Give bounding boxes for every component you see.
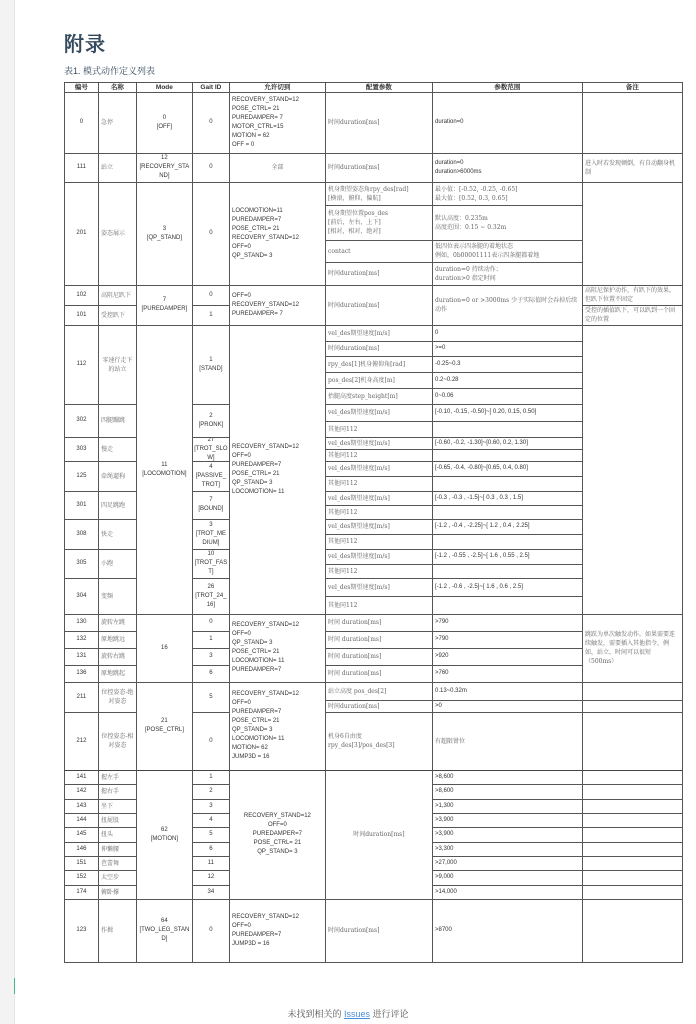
footer-text-after: 进行评论 — [370, 1009, 409, 1019]
row-name: 变频 — [98, 578, 137, 615]
cell-text: 其他同112 — [328, 508, 357, 517]
cell-text: 0.2~0.28 — [435, 376, 459, 385]
row-param: vel_des期望速度[m/s] — [325, 578, 433, 597]
row-range: >790 — [432, 614, 583, 632]
cell-text: 受控趴下 — [101, 311, 125, 320]
row-allowed-transitions: RECOVERY_STAND=12 OFF=0 PUREDAMPER=7 POS… — [229, 325, 326, 615]
row-allowed-transitions: 全部 — [229, 153, 326, 183]
cell-text: 默认高度：0.235m 高度范围：0.15 ~ 0.32m — [435, 214, 506, 232]
row-note — [582, 899, 683, 963]
cell-text: 125 — [76, 472, 86, 481]
row-range: [-0.10, -0.15, -0.50]~[ 0.20, 0.15, 0.50… — [432, 404, 583, 422]
cell-text: 配置参数 — [366, 83, 392, 92]
cell-text: 机身期望姿态角rpy_des[rad] [横滚，俯仰，偏航] — [328, 185, 409, 203]
cell-text: duration=0 持续动作； duration>0 指定时间 — [435, 265, 502, 283]
cell-text: 16 — [161, 644, 168, 653]
cell-text: >790 — [435, 618, 449, 627]
row-id: 304 — [64, 578, 99, 615]
row-gait-id: 26 [TROT_24_ 16] — [192, 578, 230, 615]
cell-text: 站立 — [101, 163, 113, 172]
cell-text: 时间duration[ms] — [328, 926, 379, 935]
row-name: 俯卧撑 — [98, 885, 137, 900]
cell-text: 3 [QP_STAND] — [147, 225, 182, 243]
cell-text: 姿态展示 — [101, 229, 125, 238]
row-name: 小跑 — [98, 549, 137, 579]
row-param: 站立高度 pos_des[2] — [325, 682, 433, 701]
row-range: 0~0.06 — [432, 388, 583, 405]
row-gait-id: 0 — [192, 712, 230, 771]
row-range — [432, 421, 583, 438]
cell-text: 1 — [209, 635, 212, 644]
row-range: >8,600 — [432, 784, 583, 800]
cell-text: 5 — [209, 693, 212, 702]
cell-text: 时间 duration[ms] — [328, 669, 381, 678]
row-range: 0 — [432, 325, 583, 342]
row-mode: 62 [MOTION] — [136, 770, 193, 900]
row-id: 146 — [64, 842, 99, 857]
issues-link[interactable]: Issues — [344, 1009, 370, 1019]
row-allowed-transitions: RECOVERY_STAND=12 OFF=0 PUREDAMPER=7 JUM… — [229, 899, 326, 963]
cell-text: 301 — [76, 501, 86, 510]
row-mode: 3 [QP_STAND] — [136, 182, 193, 286]
cell-text: 7 [BOUND] — [198, 496, 223, 514]
row-range: >8700 — [432, 899, 583, 963]
row-note — [582, 856, 683, 871]
cell-text: 34 — [208, 888, 215, 897]
page-title: 附录 — [64, 28, 106, 57]
cell-text: 21 [POSE_CTRL] — [145, 717, 184, 735]
cell-text: 作揖 — [101, 926, 113, 935]
cell-text: 高阻尼趴下 — [101, 291, 131, 300]
row-name: 扭屁股 — [98, 813, 137, 828]
cell-text: 小跑 — [101, 559, 113, 568]
cell-text: 27 [TROT_SLO W] — [194, 437, 227, 462]
cell-text: 0 — [209, 291, 212, 300]
row-range: duration=0 持续动作； duration>0 指定时间 — [432, 262, 583, 286]
row-param: 其他同112 — [325, 564, 433, 579]
cell-text: 302 — [76, 416, 86, 425]
row-mode: 0 [OFF] — [136, 92, 193, 154]
row-param: contact — [325, 240, 433, 263]
row-range: [-1.2 , -0.55 , -2.5]~[ 1.6 , 0.55 , 2.5… — [432, 549, 583, 565]
cell-text: 303 — [76, 445, 86, 454]
cell-text: 3 — [209, 652, 212, 661]
cell-text: 握右手 — [101, 787, 119, 796]
row-mode: 16 — [136, 614, 193, 683]
cell-text: >3,300 — [435, 845, 454, 854]
row-name: 握左手 — [98, 770, 137, 785]
row-param: 时间 duration[ms] — [325, 614, 433, 632]
row-name: 四腿蹦跳 — [98, 404, 137, 438]
row-mode: 21 [POSE_CTRL] — [136, 682, 193, 771]
cell-text: 全部 — [271, 163, 283, 172]
cell-text: pos_des[2]机身高度[m] — [328, 376, 395, 385]
row-id: 141 — [64, 770, 99, 785]
row-note — [582, 325, 683, 615]
cell-text: 零速行走下的站立 — [101, 356, 134, 374]
row-range: [-1.2 , -0.6 , -2.5]~[ 1.6 , 0.6 , 2.5] — [432, 578, 583, 597]
row-name: 伸懒腰 — [98, 842, 137, 857]
cell-text: contact — [328, 247, 351, 256]
cell-text: 6 — [209, 669, 212, 678]
row-range: duration=0 or >3000ms 少于实际值时会吞掉后续动作 — [432, 285, 583, 326]
row-param: 时间duration[ms] — [325, 770, 433, 900]
row-id: 303 — [64, 437, 99, 462]
row-id: 132 — [64, 631, 99, 649]
row-note: 高阻尼保护动作，有趴下的效果，但趴下位置不固定 — [582, 285, 683, 306]
cell-text: vel_des期望速度[m/s] — [328, 329, 390, 338]
cell-text: 305 — [76, 559, 86, 568]
cell-text: 131 — [76, 652, 86, 661]
row-range: >3,900 — [432, 813, 583, 828]
cell-text: 7 [PUREDAMPER] — [142, 296, 188, 314]
row-param: vel_des期望速度[m/s] — [325, 437, 433, 450]
row-gait-id: 12 — [192, 870, 230, 886]
cell-text: 变频 — [101, 592, 113, 601]
cell-text: 130 — [76, 618, 86, 627]
row-gait-id: 4 — [192, 813, 230, 828]
cell-text: 26 [TROT_24_ 16] — [195, 583, 226, 610]
cell-text: vel_des期望速度[m/s] — [328, 408, 390, 417]
cell-text: 受控的插值趴下，可以趴到一个固定的位置 — [585, 306, 680, 324]
cell-text: >27,000 — [435, 859, 457, 868]
cell-text: >3,900 — [435, 830, 454, 839]
row-range: >3,300 — [432, 842, 583, 857]
row-range: >920 — [432, 648, 583, 666]
row-gait-id: 11 — [192, 856, 230, 871]
row-param: 时间 duration[ms] — [325, 648, 433, 666]
row-gait-id: 3 — [192, 799, 230, 814]
cell-text: 俯卧撑 — [101, 888, 119, 897]
row-gait-id: 5 — [192, 827, 230, 843]
cell-text: 时间duration[ms] — [328, 301, 379, 310]
row-note — [582, 770, 683, 785]
row-note — [582, 784, 683, 800]
cell-text: [-0.10, -0.15, -0.50]~[ 0.20, 0.15, 0.50… — [435, 408, 536, 417]
cell-text: 123 — [76, 926, 86, 935]
row-gait-id: 4 [PASSIVE_ TROT] — [192, 461, 230, 492]
row-id: 111 — [64, 153, 99, 183]
cell-text: 0 [OFF] — [157, 114, 172, 132]
row-note — [582, 813, 683, 828]
row-allowed-transitions: RECOVERY_STAND=12 OFF=0 QP_STAND= 3 POSE… — [229, 614, 326, 683]
cell-text: rpy_des[1]机身俯仰角[rad] — [328, 360, 405, 369]
cell-text: 64 [TWO_LEG_STAN D] — [139, 917, 189, 944]
row-param: 时间duration[ms] — [325, 285, 433, 326]
cell-text: >920 — [435, 652, 449, 661]
row-param: 其他同112 — [325, 596, 433, 615]
cell-text: LOCOMOTION=11 PUREDAMPER=7 POSE_CTRL= 21… — [232, 207, 299, 261]
row-name: 旋转左跳 — [98, 614, 137, 632]
cell-text: 其他同112 — [328, 425, 357, 434]
cell-text: 11 [LOCOMOTION] — [142, 461, 186, 479]
cell-text: 132 — [76, 635, 86, 644]
cell-text: 坐下 — [101, 802, 113, 811]
cell-text: RECOVERY_STAND=12 OFF=0 QP_STAND= 3 POSE… — [232, 621, 299, 675]
cell-text: Gait ID — [200, 83, 221, 92]
row-name: 坐下 — [98, 799, 137, 814]
row-id: 0 — [64, 92, 99, 154]
cell-text: 名称 — [111, 83, 124, 92]
row-id: 136 — [64, 665, 99, 683]
sidebar-accent-indicator — [14, 978, 15, 994]
cell-text: 快走 — [101, 530, 113, 539]
cell-text: 其他同112 — [328, 567, 357, 576]
cell-text: 0 — [209, 618, 212, 627]
row-param: vel_des期望速度[m/s] — [325, 549, 433, 565]
row-range: 0.2~0.28 — [432, 372, 583, 389]
row-param: vel_des期望速度[m/s] — [325, 519, 433, 535]
cell-text: 时间duration[ms] — [328, 344, 379, 353]
row-id: 212 — [64, 712, 99, 771]
cell-text: >0 — [435, 702, 442, 711]
cell-text: 144 — [76, 816, 86, 825]
cell-text: 0 — [209, 926, 212, 935]
row-param: 时间duration[ms] — [325, 262, 433, 286]
row-id: 112 — [64, 325, 99, 405]
cell-text: Mode — [156, 83, 173, 92]
row-id: 101 — [64, 305, 99, 326]
row-gait-id: 6 — [192, 842, 230, 857]
cell-text: duration=0 — [435, 118, 464, 127]
row-name: 芭蕾舞 — [98, 856, 137, 871]
row-gait-id: 6 — [192, 665, 230, 683]
row-range: duration=0 duration>6000ms — [432, 153, 583, 183]
row-param: 时间duration[ms] — [325, 92, 433, 154]
row-gait-id: 1 — [192, 770, 230, 785]
cell-text: >3,900 — [435, 816, 454, 825]
row-param: vel_des期望速度[m/s] — [325, 491, 433, 506]
row-name: 快走 — [98, 519, 137, 550]
cell-text: >1,300 — [435, 802, 454, 811]
cell-text: 5 — [209, 830, 212, 839]
row-note — [582, 92, 683, 154]
cell-text: 位控姿态-绝对姿态 — [101, 688, 134, 706]
row-id: 130 — [64, 614, 99, 632]
cell-text: 旋转左跳 — [101, 618, 125, 627]
cell-text: 原地跳起 — [101, 669, 125, 678]
row-param: 机身6自由度 rpy_des[3]/pos_des[3] — [325, 712, 433, 771]
mode-definition-table: 编号名称ModeGait ID允许切到配置参数参数范围备注0急停0 [OFF]0… — [64, 82, 682, 962]
cell-text: 0 — [209, 229, 212, 238]
cell-text: >=0 — [435, 344, 445, 353]
row-name: 高阻尼趴下 — [98, 285, 137, 306]
row-param: pos_des[2]机身高度[m] — [325, 372, 433, 389]
row-range: [-0.60, -0.2, -1.30]~[0.60, 0.2, 1.30] — [432, 437, 583, 450]
row-param: 抬腿高度step_height[m] — [325, 388, 433, 405]
row-param: vel_des期望速度[m/s] — [325, 461, 433, 477]
row-range: [-0.3 , -0.3 , -1.5]~[ 0.3 , 0.3 , 1.5] — [432, 491, 583, 506]
row-name: 急停 — [98, 92, 137, 154]
cell-text: 四足跳跑 — [101, 501, 125, 510]
row-gait-id: 5 — [192, 682, 230, 713]
row-name: 原地跳远 — [98, 631, 137, 649]
row-name: 原地跳起 — [98, 665, 137, 683]
cell-text: 152 — [76, 873, 86, 882]
row-gait-id: 27 [TROT_SLO W] — [192, 437, 230, 462]
cell-text: >8,600 — [435, 773, 454, 782]
row-note: 受控的插值趴下，可以趴到一个固定的位置 — [582, 305, 683, 326]
cell-text: OFF=0 RECOVERY_STAND=12 PUREDAMPER= 7 — [232, 292, 299, 319]
cell-text: [-0.65, -0.4, -0.80]~[0.65, 0.4, 0.80] — [435, 464, 528, 473]
cell-text: >14,000 — [435, 888, 457, 897]
row-range: 默认高度：0.235m 高度范围：0.15 ~ 0.32m — [432, 205, 583, 241]
cell-text: [-0.60, -0.2, -1.30]~[0.60, 0.2, 1.30] — [435, 439, 528, 448]
cell-text: 3 [TROT_ME DIUM] — [196, 521, 226, 548]
cell-text: 2 — [209, 787, 212, 796]
row-id: 174 — [64, 885, 99, 900]
cell-text: 编号 — [75, 83, 88, 92]
row-name: 零速行走下的站立 — [98, 325, 137, 405]
row-range: >790 — [432, 631, 583, 649]
row-name: 姿态展示 — [98, 182, 137, 286]
cell-text: 6 — [209, 845, 212, 854]
cell-text: vel_des期望速度[m/s] — [328, 494, 390, 503]
row-id: 102 — [64, 285, 99, 306]
row-gait-id: 1 — [192, 305, 230, 326]
cell-text: 其他同112 — [328, 479, 357, 488]
row-name: 扭头 — [98, 827, 137, 843]
cell-text: 146 — [76, 845, 86, 854]
row-range: >760 — [432, 665, 583, 683]
cell-text: 时间duration[ms] — [328, 118, 379, 127]
row-note — [582, 700, 683, 713]
row-range — [432, 534, 583, 550]
cell-text: 慢走 — [101, 445, 113, 454]
row-name: 牵绳遛狗 — [98, 461, 137, 492]
row-param: 时间duration[ms] — [325, 899, 433, 963]
cell-text: >9,000 — [435, 873, 454, 882]
cell-text: 其他同112 — [328, 537, 357, 546]
cell-text: 扭屁股 — [101, 816, 119, 825]
row-range: [-1.2 , -0.4 , -2.25]~[ 1.2 , 0.4 , 2.25… — [432, 519, 583, 535]
row-mode: 7 [PUREDAMPER] — [136, 285, 193, 326]
row-gait-id: 0 — [192, 285, 230, 306]
cell-text: duration=0 or >3000ms 少于实际值时会吞掉后续动作 — [435, 296, 580, 314]
row-id: 201 — [64, 182, 99, 286]
row-allowed-transitions: RECOVERY_STAND=12 POSE_CTRL= 21 PUREDAMP… — [229, 92, 326, 154]
cell-text: vel_des期望速度[m/s] — [328, 439, 390, 448]
cell-text: 12 — [208, 873, 215, 882]
cell-text: 允许切到 — [264, 83, 290, 92]
table-caption: 表1. 模式动作定义列表 — [64, 64, 155, 77]
cell-text: 1 [STAND] — [199, 356, 222, 374]
cell-text: 抬腿高度step_height[m] — [328, 392, 398, 401]
cell-text: 站立高度 pos_des[2] — [328, 687, 386, 696]
row-gait-id: 2 [PRONK] — [192, 404, 230, 438]
cell-text: 时间 duration[ms] — [328, 652, 381, 661]
row-param: 时间duration[ms] — [325, 341, 433, 357]
cell-text: >8,600 — [435, 787, 454, 796]
row-range: 有超限钳位 — [432, 712, 583, 771]
row-id: 145 — [64, 827, 99, 843]
row-gait-id: 34 — [192, 885, 230, 900]
row-note: 跳跃为单次触发动作，如果需要连续触发，需要插入其他指令，例如，站立，时间可以很短… — [582, 614, 683, 683]
cell-text: 参数范围 — [494, 83, 520, 92]
row-id: 123 — [64, 899, 99, 963]
row-param: 时间duration[ms] — [325, 153, 433, 183]
row-gait-id: 10 [TROT_FAS T] — [192, 549, 230, 579]
cell-text: -0.25~0.3 — [435, 360, 461, 369]
row-gait-id: 0 — [192, 614, 230, 632]
cell-text: >8700 — [435, 926, 452, 935]
cell-text: 145 — [76, 830, 86, 839]
footer-text-before: 未找到相关的 — [287, 1009, 344, 1019]
row-name: 位控姿态-相对姿态 — [98, 712, 137, 771]
cell-text: 握左手 — [101, 773, 119, 782]
cell-text: 12 [RECOVERY_STA ND] — [140, 154, 190, 181]
row-id: 152 — [64, 870, 99, 886]
row-mode: 11 [LOCOMOTION] — [136, 325, 193, 615]
cell-text: 高阻尼保护动作，有趴下的效果，但趴下位置不固定 — [585, 286, 680, 304]
cell-text: >760 — [435, 669, 449, 678]
row-param: 其他同112 — [325, 421, 433, 438]
cell-text: vel_des期望速度[m/s] — [328, 522, 390, 531]
cell-text: vel_des期望速度[m/s] — [328, 583, 390, 592]
cell-text: 0 — [209, 118, 212, 127]
row-range: >27,000 — [432, 856, 583, 871]
cell-text: 1 — [209, 311, 212, 320]
cell-text: 111 — [77, 163, 86, 172]
row-allowed-transitions: RECOVERY_STAND=12 OFF=0 PUREDAMPER=7 POS… — [229, 770, 326, 900]
cell-text: 0 — [435, 329, 438, 338]
cell-text: 0 — [209, 737, 212, 746]
cell-text: 扭头 — [101, 830, 113, 839]
row-name: 旋转右跳 — [98, 648, 137, 666]
cell-text: 11 — [208, 859, 214, 868]
row-gait-id: 2 — [192, 784, 230, 800]
cell-text: 0.13~0.32m — [435, 687, 467, 696]
row-range — [432, 476, 583, 492]
cell-text: 4 — [209, 816, 212, 825]
row-id: 301 — [64, 491, 99, 520]
row-param: rpy_des[1]机身俯仰角[rad] — [325, 356, 433, 373]
row-range — [432, 505, 583, 520]
cell-text: 3 — [209, 802, 212, 811]
row-gait-id: 0 — [192, 92, 230, 154]
cell-text: 备注 — [626, 83, 639, 92]
row-name: 握右手 — [98, 784, 137, 800]
cell-text: 142 — [76, 787, 86, 796]
row-gait-id: 1 — [192, 631, 230, 649]
row-gait-id: 3 [TROT_ME DIUM] — [192, 519, 230, 550]
cell-text: 1 — [209, 773, 212, 782]
cell-text: 10 [TROT_FAS T] — [195, 550, 228, 577]
cell-text: vel_des期望速度[m/s] — [328, 552, 390, 561]
row-allowed-transitions: OFF=0 RECOVERY_STAND=12 PUREDAMPER= 7 — [229, 285, 326, 326]
cell-text: 机身期望位置pos_des [前后，左右，上下] [相对，相对，绝对] — [328, 209, 388, 236]
cell-text: 136 — [76, 669, 86, 678]
row-id: 131 — [64, 648, 99, 666]
row-param: 其他同112 — [325, 449, 433, 462]
row-note: 进入时若发现倾倒，有自动翻身机制 — [582, 153, 683, 183]
cell-text: RECOVERY_STAND=12 OFF=0 PUREDAMPER=7 POS… — [244, 812, 311, 857]
cell-text: 174 — [76, 888, 86, 897]
row-gait-id: 1 [STAND] — [192, 325, 230, 405]
cell-text: 0 — [80, 118, 83, 127]
row-range — [432, 596, 583, 615]
cell-text: [-1.2 , -0.4 , -2.25]~[ 1.2 , 0.4 , 2.25… — [435, 522, 530, 531]
row-id: 143 — [64, 799, 99, 814]
row-id: 151 — [64, 856, 99, 871]
row-gait-id: 0 — [192, 899, 230, 963]
row-note — [582, 182, 683, 286]
cell-text: 芭蕾舞 — [101, 859, 119, 868]
row-range: >1,300 — [432, 799, 583, 814]
cell-text: 0~0.06 — [435, 392, 454, 401]
cell-text: 2 [PRONK] — [199, 412, 224, 430]
cell-text: RECOVERY_STAND=12 OFF=0 PUREDAMPER=7 JUM… — [232, 913, 299, 949]
